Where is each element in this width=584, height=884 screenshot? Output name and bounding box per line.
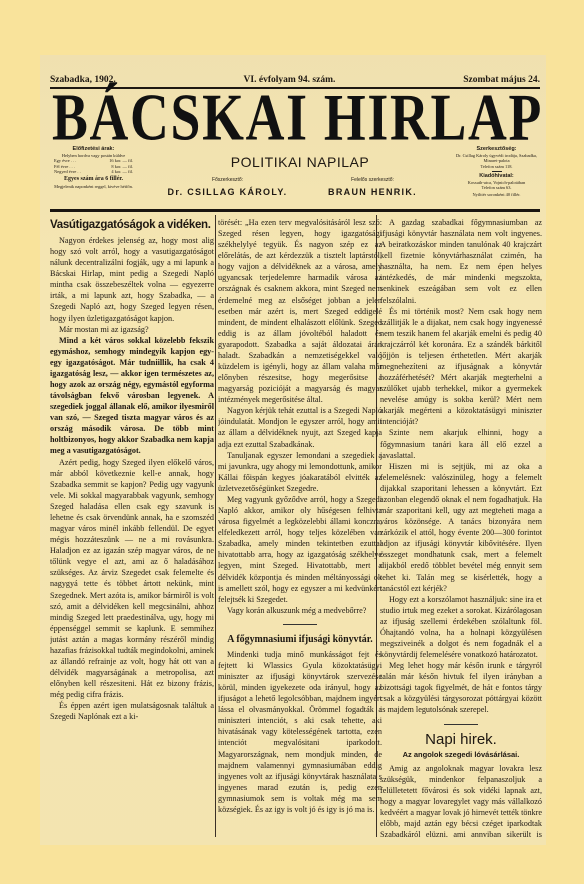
- column-1: Vasútigazgatóságok a vidéken. Nagyon érd…: [50, 217, 214, 722]
- paragraph: Nagyon kérjük tehát ezuttal is a Szegedi…: [218, 405, 382, 449]
- editor-in-chief: Főszerkesztő: Dr. CSILLAG KÁROLY.: [160, 177, 295, 197]
- open-column-price: Nyilttér soronként 40 fillér.: [449, 192, 544, 197]
- paragraph: Nagyon érdekes jelenség az, hogy most al…: [50, 235, 214, 324]
- responsible-editor: Felelős szerkesztő: BRAUN HENRIK.: [305, 177, 440, 197]
- paragraph: Meg lehet hogy már későn irunk e tárgyró…: [380, 660, 542, 715]
- paragraph: törését: „Ha ezen terv megvalósitásáról …: [218, 217, 382, 405]
- editorial-office-phone: Telefon szám 118.: [449, 164, 544, 169]
- paragraph: Vagy korán alkuszunk még a medvebőrre?: [218, 605, 382, 616]
- article-title-railway: Vasútigazgatóságok a vidéken.: [50, 217, 214, 233]
- price-row: Negyed évre . .4 kor. — fil.: [46, 169, 141, 174]
- paragraph: Tanuljanak egyszer lemondani a szegediek…: [218, 450, 382, 494]
- editorial-office-address: Dr. Csillag Károly ügyvédi irodája, Szab…: [449, 153, 544, 163]
- office-box: Szerkesztőség: Dr. Csillag Károly ügyvéd…: [449, 147, 544, 198]
- publishing-office-phone: Telefon szám 63.: [449, 185, 544, 190]
- paragraph: Hogy ezt a korszólamot használjuk: sine …: [380, 594, 542, 660]
- article-title-horse-purchases: Az angolok szegedi lóvásárlásai.: [380, 749, 542, 761]
- article-separator: [283, 624, 317, 625]
- section-title-daily-news: Napi hirek.: [380, 731, 542, 749]
- paragraph: Meg vagyunk győződve arról, hogy a Szege…: [218, 494, 382, 605]
- newspaper-page: Szabadka, 1902. VI. évfolyam 94. szám. S…: [40, 55, 546, 845]
- paragraph: Mind a két város sokkal közelebb fekszik…: [50, 335, 214, 457]
- paragraph: Amig az angoloknak magyar lovakra lesz s…: [380, 763, 542, 837]
- subscription-heading: Előfizetési árak:: [46, 147, 141, 152]
- article-separator: [444, 724, 478, 725]
- paragraph: Szinte nem akarjuk elhinni, hogy a főgym…: [380, 427, 542, 460]
- paragraph: Hiszen mi is sejtjük, mi az oka a feleme…: [380, 461, 542, 594]
- paragraph: Mindenki tudja minő munkásságot fejt és …: [218, 649, 382, 815]
- column-2: törését: „Ha ezen terv megvalósitásáról …: [218, 217, 382, 815]
- paragraph: És mi történik most? Nem csak hogy nem s…: [380, 306, 542, 428]
- publication-note: Megjelenik naponként reggel, kivéve hétf…: [46, 184, 141, 189]
- divider: [492, 171, 502, 172]
- header-rule: [50, 209, 540, 212]
- paragraph: A gazdag szabadkai főgymnasiumban az ifj…: [380, 217, 542, 306]
- editors: Főszerkesztő: Dr. CSILLAG KÁROLY. Felelő…: [160, 177, 440, 197]
- editorial-office-heading: Szerkesztőség:: [449, 147, 544, 152]
- paragraph: És éppen azért igen mulatságosnak talált…: [50, 700, 214, 722]
- subscription-box: Előfizetési árak: Helyben hordva vagy po…: [46, 147, 141, 189]
- publishing-office-heading: Kiadóhivatal:: [449, 174, 544, 179]
- column-3: A gazdag szabadkai főgymnasiumban az ifj…: [380, 217, 542, 837]
- paragraph: Már mostan mi az igazság?: [50, 324, 214, 335]
- article-title-library: A főgymnasiumi ifjusági könyvtár.: [226, 631, 374, 647]
- column-divider: [215, 215, 216, 837]
- paragraph: Azért pedig, hogy Szeged ilyen előkelő v…: [50, 457, 214, 701]
- masthead-title: BÁCSKAI HIRLAP: [52, 88, 460, 147]
- subtitle: POLITIKAI NAPILAP: [190, 154, 410, 170]
- single-copy-price: Egyes szám ára 6 fillér.: [46, 177, 141, 182]
